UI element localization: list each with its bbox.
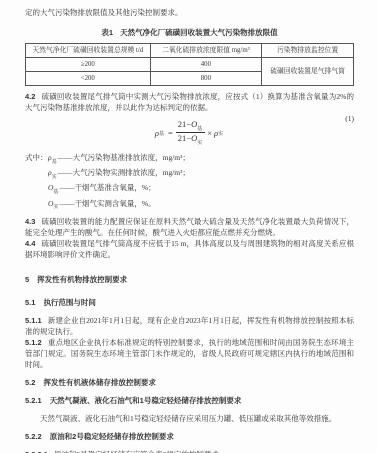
table1-header-scale: 天然气净化厂硫磺回收装置总规模 t/d [26,44,151,58]
formula-multiply-sign: × [207,128,212,138]
definition-o2-measured: O实——干烟气实测含氧量，%。 [25,197,354,212]
section-5-number: 5 [25,275,29,284]
table1-header-monitor-location: 污染物排放监控位置 [262,44,354,58]
clause-5-1-2: 5.1.2重点地区企业执行本标准规定的特别控制要求，执行的地域范围和时间由国务院… [25,337,354,370]
section-5-1-number: 5.1 [25,298,35,307]
section-5-1-heading: 5.1执行范围与时间 [25,297,354,308]
table1-row2-scale: <200 [26,72,151,86]
clause-4-4-number: 4.4 [25,239,35,248]
formula-numerator-subscript: 基 [197,127,202,132]
clause-5-1-2-number: 5.1.2 [25,338,42,347]
where-label: 式中： [25,151,48,164]
intro-text: 定的大气污染物排放限值及其他污染控制要求。 [25,8,183,17]
clause-4-4: 4.4硫磺回收装置尾气排气筒高度不应低于15 m，具体高度以及与周围建筑物的相对… [25,238,354,260]
formula-numerator-constant: 21− [178,119,191,129]
formula-equals-sign: = [168,128,173,138]
section-5-title: 挥发性有机物排放控制要求 [37,275,127,284]
clause-4-3-number: 4.3 [25,217,35,226]
equation-1-block: ρ基 = 21−O基 21−O实 × ρ实 (1) [25,116,354,149]
section-5-2-1-title: 天然气凝液、液化石油气和1号稳定轻烃储存排放控制要求 [50,396,242,405]
section-5-2-2-number: 5.2.2 [25,432,42,441]
definition-rho-base: 式中：ρ基——大气污染物基准排放浓度，mg/m³； [25,151,354,166]
table1-caption-title: 天然气净化厂硫磺回收装置大气污染物排放限值 [120,28,278,37]
clause-5-1-2-text: 重点地区企业执行本标准规定的特别控制要求，执行的地域范围和时间由国务院生态环境主… [25,338,354,369]
def4-description: ——干烟气实测含氧量，%。 [59,199,155,208]
section-5-1-title: 执行范围与时间 [43,298,96,307]
clause-4-2-number: 4.2 [25,92,35,101]
paragraph-5-2-1-text: 天然气凝液、液化石油气和1号稳定轻烃储存应采用压力罐、低压罐或采取其他等效措施。 [40,414,336,423]
def2-description: ——大气污染物实测排放浓度，mg/m³； [58,168,190,177]
equation-1: ρ基 = 21−O基 21−O实 × ρ实 [155,119,224,146]
formula-fraction: 21−O基 21−O实 [176,119,205,146]
section-5-2-number: 5.2 [25,378,35,387]
table1-row1-limit: 400 [150,58,262,72]
table1-monitor-location-cell: 硫磺回收装置尾气排气筒 [262,58,354,86]
def2-subscript: 实 [52,175,57,180]
definition-rho-measured: ρ实——大气污染物实测排放浓度，mg/m³； [25,166,354,181]
definition-o2-base: O基——干烟气基准含氧量，%； [25,181,354,196]
section-5-heading: 5挥发性有机物排放控制要求 [25,274,354,285]
section-5-2-1-number: 5.2.1 [25,396,42,405]
formula-definitions: 式中：ρ基——大气污染物基准排放浓度，mg/m³； ρ实——大气污染物实测排放浓… [25,151,354,212]
clause-4-3: 4.3硫磺回收装置的能力配置应保证在原料天然气最大硫含量及天然气净化装置最大负荷… [25,216,354,238]
clause-5-1-1-number: 5.1.1 [25,316,42,325]
table1-row2-limit: 800 [150,72,262,86]
section-5-2-title: 挥发性有机液体储存排放控制要求 [43,378,156,387]
clause-4-2-text: 硫磺回收装置尾气排气筒中实测大气污染物排放浓度，应按式（1）换算为基准含氧量为2… [25,92,354,112]
table1-row-1: ≥200 400 硫磺回收装置尾气排气筒 [26,58,354,72]
equation-number: (1) [345,113,354,124]
clause-4-3-text: 硫磺回收装置的能力配置应保证在原料天然气最大硫含量及天然气净化装置最大负荷情况下… [25,217,354,237]
formula-denominator-subscript: 实 [197,141,202,146]
table1-header-so2-limit: 二氧化硫排放浓度限值 mg/m³ [150,44,262,58]
table1-header-row: 天然气净化厂硫磺回收装置总规模 t/d 二氧化硫排放浓度限值 mg/m³ 污染物… [26,44,354,58]
formula-denominator: 21−O实 [176,132,205,146]
section-5-2-2-title: 原油和2号稳定轻烃储存排放控制要求 [50,432,174,441]
section-5-2-2-heading: 5.2.2原油和2号稳定轻烃储存排放控制要求 [25,431,354,442]
document-page: 定的大气污染物排放限值及其他污染控制要求。 表1天然气净化厂硫磺回收装置大气污染… [0,0,377,453]
table1-caption: 表1天然气净化厂硫磺回收装置大气污染物排放限值 [25,27,354,38]
table1-emission-limits: 天然气净化厂硫磺回收装置总规模 t/d 二氧化硫排放浓度限值 mg/m³ 污染物… [25,43,354,86]
def1-subscript: 基 [52,160,57,165]
clause-4-4-text: 硫磺回收装置尾气排气筒高度不应低于15 m，具体高度以及与周围建筑物的相对高度关… [25,239,354,259]
section-5-2-1-heading: 5.2.1天然气凝液、液化石油气和1号稳定轻烃储存排放控制要求 [25,395,354,406]
def3-subscript: 基 [53,190,58,195]
def1-description: ——大气污染物基准排放浓度，mg/m³； [58,153,190,162]
clause-5-1-1: 5.1.1新建企业自2021年1月1日起，现有企业自2023年1月1日起，挥发性… [25,315,354,337]
paragraph-5-2-1: 天然气凝液、液化石油气和1号稳定轻烃储存应采用压力罐、低压罐或采取其他等效措施。 [25,413,354,424]
table1-row1-scale: ≥200 [26,58,151,72]
def3-description: ——干烟气基准含氧量，%； [59,183,155,192]
table1-caption-label: 表1 [101,28,113,37]
formula-rhs-subscript: 实 [218,130,223,140]
formula-numerator: 21−O基 [176,119,205,132]
section-5-2-heading: 5.2挥发性有机液体储存排放控制要求 [25,377,354,388]
def4-subscript: 实 [53,205,58,210]
intro-paragraph: 定的大气污染物排放限值及其他污染控制要求。 [25,7,354,18]
clause-5-2-2-1: 5.2.2.1原油和2号稳定轻烃储存应符合表2规定的控制要求。 [25,449,354,453]
formula-denominator-constant: 21− [178,133,191,143]
formula-lhs-subscript: 基 [159,130,164,140]
clause-4-2: 4.2硫磺回收装置尾气排气筒中实测大气污染物排放浓度，应按式（1）换算为基准含氧… [25,91,354,113]
clause-5-1-1-text: 新建企业自2021年1月1日起，现有企业自2023年1月1日起，挥发性有机物排放… [25,316,354,336]
